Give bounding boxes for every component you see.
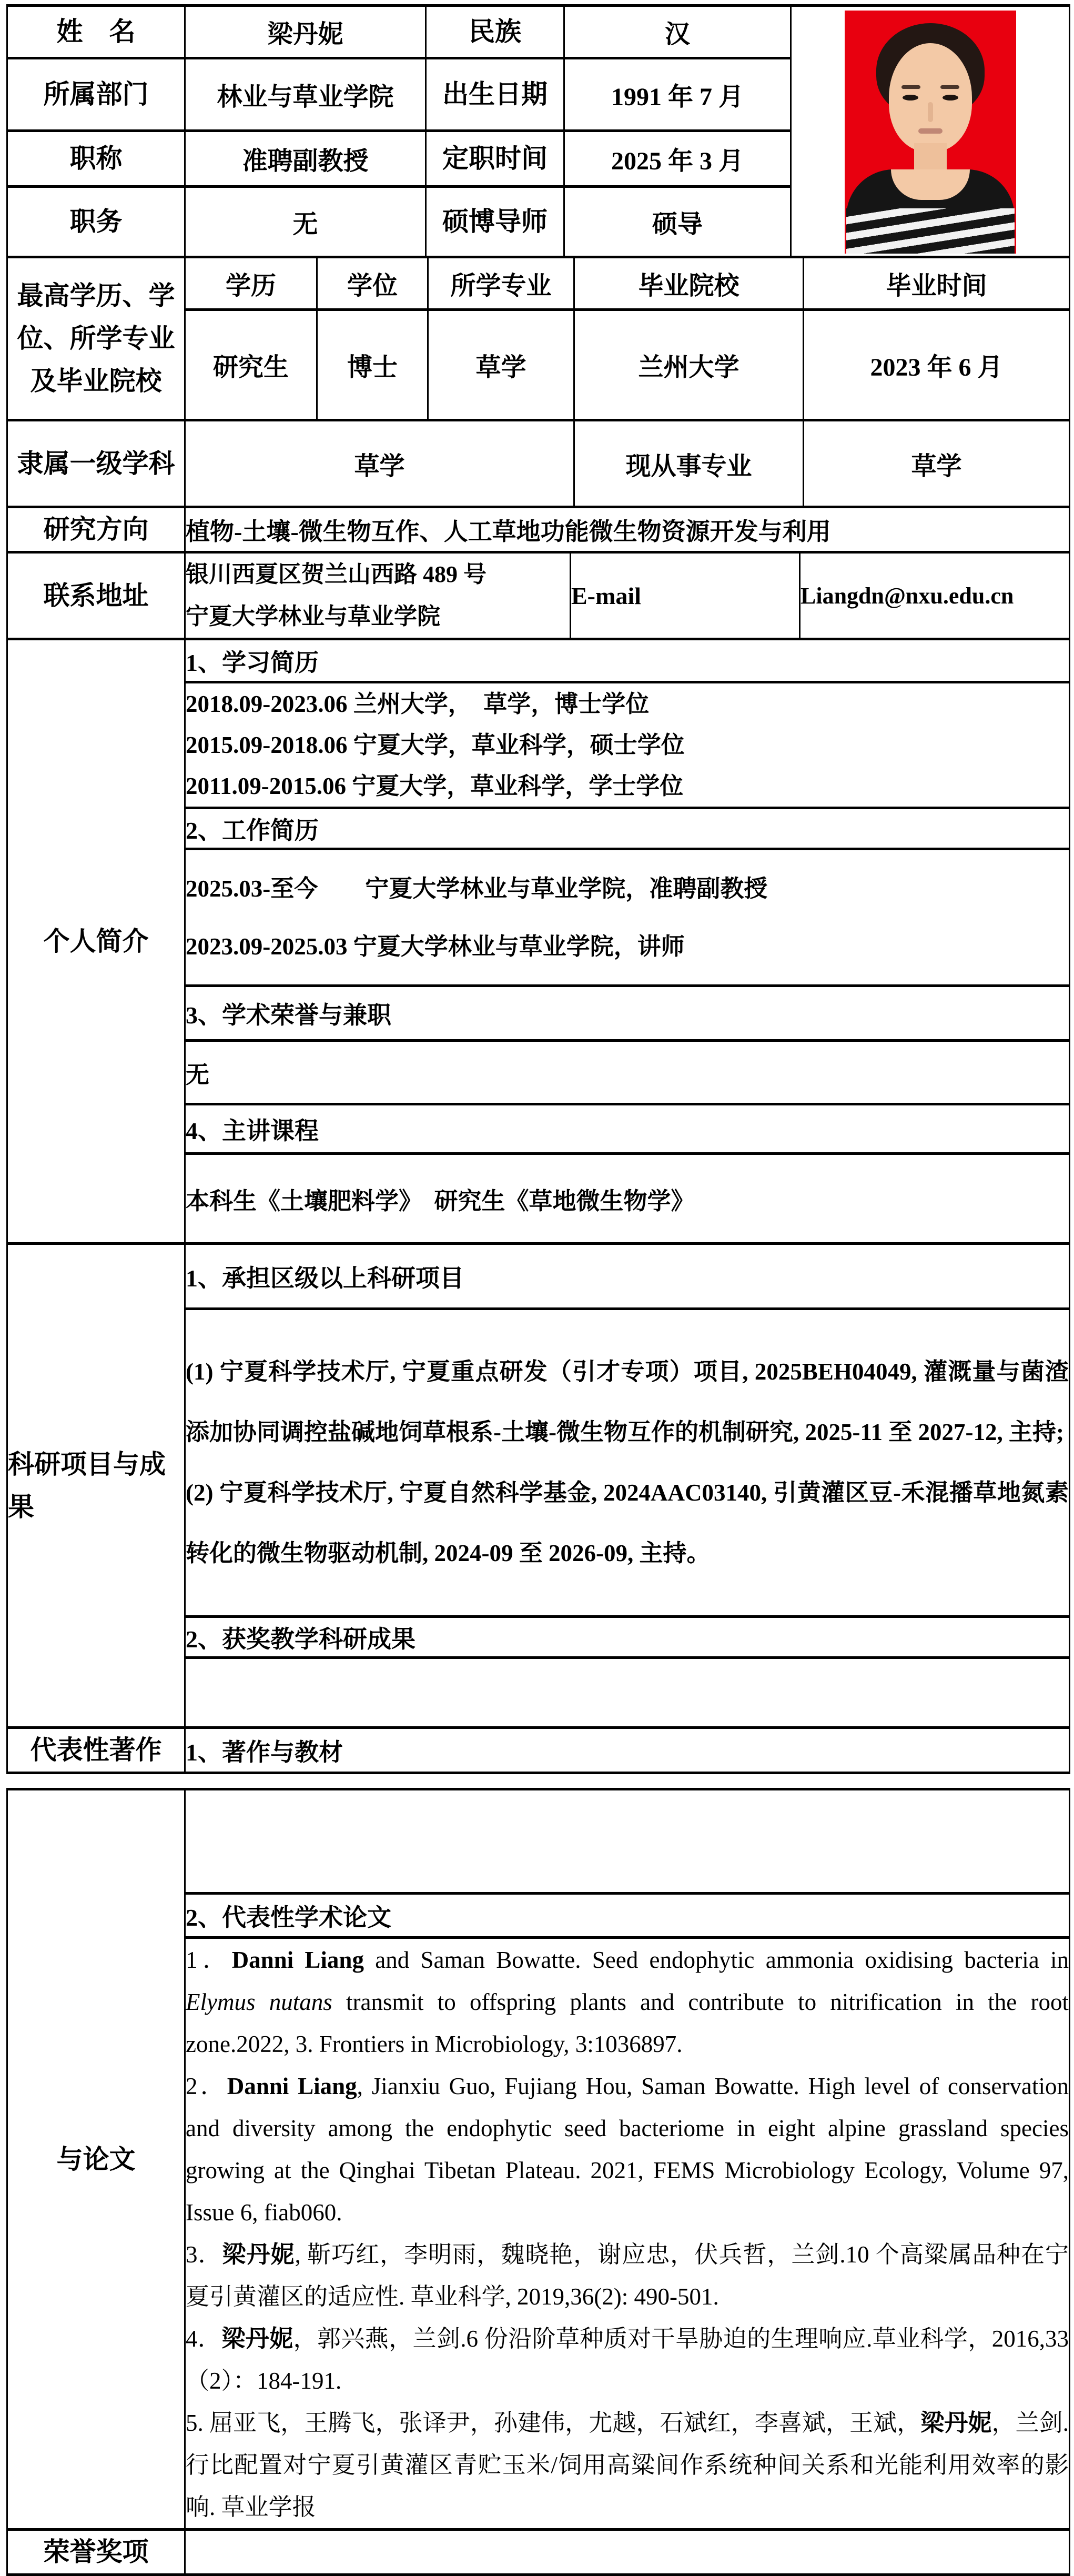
profile-table: 个人简介 1、学习简历 2018.09-2023.06 兰州大学， 草学，博士学… — [6, 638, 1070, 1245]
supervisor-label: 硕博导师 — [426, 187, 564, 257]
honors-table: 荣誉奖项 — [6, 2528, 1070, 2576]
portrait-shirt — [846, 169, 1015, 254]
portrait-eye-right — [943, 95, 958, 100]
portrait-nose — [928, 102, 933, 122]
paper-item-1: 1．Danni Liang and Saman Bowatte. Seed en… — [186, 1939, 1069, 2065]
contact-address-line1: 银川西夏区贺兰山西路 489 号 — [186, 554, 570, 596]
research-direction-value: 植物-土壤-微生物互作、人工草地功能微生物资源开发与利用 — [185, 507, 1070, 552]
title-value: 准聘副教授 — [185, 131, 426, 187]
profile-honor-header: 3、学术荣誉与兼职 — [185, 986, 1070, 1041]
profile-label: 个人简介 — [7, 639, 185, 1244]
appointment-label: 定职时间 — [426, 131, 564, 187]
portrait-eyebrow-left — [901, 85, 920, 89]
discipline-label: 隶属一级学科 — [7, 420, 185, 507]
department-label: 所属部门 — [7, 58, 185, 131]
books-table: 代表性著作 1、著作与教材 — [6, 1726, 1070, 1774]
education-school: 兰州大学 — [574, 310, 804, 420]
title-label: 职称 — [7, 131, 185, 187]
profile-study-header: 1、学习简历 — [185, 639, 1070, 682]
papers-list: 1．Danni Liang and Saman Bowatte. Seed en… — [185, 1938, 1070, 2530]
education-diploma: 博士 — [317, 310, 428, 420]
duty-label: 职务 — [7, 187, 185, 257]
projects-table: 科研项目与成果 1、承担区级以上科研项目 (1) 宁夏科学技术厅, 宁夏重点研发… — [6, 1242, 1070, 1729]
research-direction-table: 研究方向 植物-土壤-微生物互作、人工草地功能微生物资源开发与利用 — [6, 506, 1070, 554]
profile-work-list: 2025.03-至今 宁夏大学林业与草业学院，准聘副教授2023.09-2025… — [185, 849, 1070, 986]
document-page: 姓 名 梁丹妮 民族 汉 — [6, 4, 1069, 2576]
birth-label: 出生日期 — [426, 58, 564, 131]
projects-header: 1、承担区级以上科研项目 — [185, 1244, 1070, 1309]
projects-label: 科研项目与成果 — [7, 1244, 185, 1728]
basic-info-table: 姓 名 梁丹妮 民族 汉 — [6, 4, 1070, 258]
awards-value — [185, 1658, 1070, 1728]
profile-study-list: 2018.09-2023.06 兰州大学， 草学，博士学位2015.09-201… — [185, 682, 1070, 808]
paper-item-4: 4．梁丹妮，郭兴燕，兰剑.6 份沿阶草种质对干旱胁迫的生理响应.草业科学，201… — [186, 2318, 1069, 2402]
name-value: 梁丹妮 — [185, 6, 426, 58]
profile-work-header: 2、工作简历 — [185, 808, 1070, 849]
honors-label: 荣誉奖项 — [7, 2530, 185, 2575]
portrait-eyebrow-right — [940, 85, 959, 89]
education-degree: 研究生 — [185, 310, 317, 420]
appointment-value: 2025 年 3 月 — [564, 131, 791, 187]
page-break-gap — [6, 1774, 1069, 1788]
department-value: 林业与草业学院 — [185, 58, 426, 131]
discipline-value: 草学 — [185, 420, 574, 507]
papers-table: 与论文 2、代表性学术论文 1．Danni Liang and Saman Bo… — [6, 1788, 1070, 2531]
education-time: 2023 年 6 月 — [804, 310, 1070, 420]
education-major: 草学 — [428, 310, 574, 420]
discipline-table: 隶属一级学科 草学 现从事专业 草学 — [6, 419, 1070, 508]
profile-course-header: 4、主讲课程 — [185, 1104, 1070, 1154]
education-col-major: 所学专业 — [428, 257, 574, 310]
paper-item-3: 3．梁丹妮, 靳巧红，李明雨，魏晓艳，谢应忠，伏兵哲，兰剑.10 个高粱属品种在… — [186, 2233, 1069, 2318]
education-col-degree: 学历 — [185, 257, 317, 310]
projects-list: (1) 宁夏科学技术厅, 宁夏重点研发（引才专项）项目, 2025BEH0404… — [185, 1309, 1070, 1617]
contact-table: 联系地址 银川西夏区贺兰山西路 489 号 宁夏大学林业与草业学院 E-mail… — [6, 551, 1070, 640]
contact-address: 银川西夏区贺兰山西路 489 号 宁夏大学林业与草业学院 — [185, 552, 571, 639]
ethnicity-value: 汉 — [564, 6, 791, 58]
awards-header: 2、获奖教学科研成果 — [185, 1617, 1070, 1658]
paper-item-5: 5. 屈亚飞，王腾飞，张译尹，孙建伟，尤越，石斌红，李喜斌，王斌，梁丹妮，兰剑.… — [186, 2402, 1069, 2528]
publications-label-top: 代表性著作 — [7, 1728, 185, 1773]
education-col-school: 毕业院校 — [574, 257, 804, 310]
portrait-face — [889, 43, 972, 152]
profile-course-value: 本科生《土壤肥料学》 研究生《草地微生物学》 — [185, 1154, 1070, 1244]
research-direction-label: 研究方向 — [7, 507, 185, 552]
books-continued-empty — [185, 1789, 1070, 1894]
email-label: E-mail — [571, 552, 800, 639]
portrait-chest — [891, 169, 970, 200]
portrait-shirt-stripes — [846, 208, 1015, 254]
duty-value: 无 — [185, 187, 426, 257]
email-value: Liangdn@nxu.edu.cn — [800, 552, 1070, 639]
papers-header: 2、代表性学术论文 — [185, 1894, 1070, 1938]
name-label: 姓 名 — [7, 6, 185, 58]
portrait-mouth — [918, 128, 943, 134]
publications-label-bottom: 与论文 — [7, 1789, 185, 2530]
education-table: 最高学历、学位、所学专业及毕业院校 学历 学位 所学专业 毕业院校 毕业时间 研… — [6, 256, 1070, 421]
current-major-label: 现从事专业 — [574, 420, 804, 507]
supervisor-value: 硕导 — [564, 187, 791, 257]
education-col-diploma: 学位 — [317, 257, 428, 310]
photo-cell — [791, 6, 1070, 257]
contact-address-line2: 宁夏大学林业与草业学院 — [186, 596, 570, 638]
contact-label: 联系地址 — [7, 552, 185, 639]
honors-value — [185, 2530, 1070, 2575]
books-header: 1、著作与教材 — [185, 1728, 1070, 1773]
profile-honor-value: 无 — [185, 1041, 1070, 1104]
education-col-time: 毕业时间 — [804, 257, 1070, 310]
current-major-value: 草学 — [804, 420, 1070, 507]
ethnicity-label: 民族 — [426, 6, 564, 58]
birth-value: 1991 年 7 月 — [564, 58, 791, 131]
faculty-profile-document: { "colors": { "photo_background": "#e800… — [0, 0, 1074, 2552]
portrait-photo — [845, 11, 1016, 254]
paper-item-2: 2．Danni Liang, Jianxiu Guo, Fujiang Hou,… — [186, 2065, 1069, 2233]
education-section-label: 最高学历、学位、所学专业及毕业院校 — [7, 257, 185, 420]
portrait-eye-left — [903, 95, 918, 100]
